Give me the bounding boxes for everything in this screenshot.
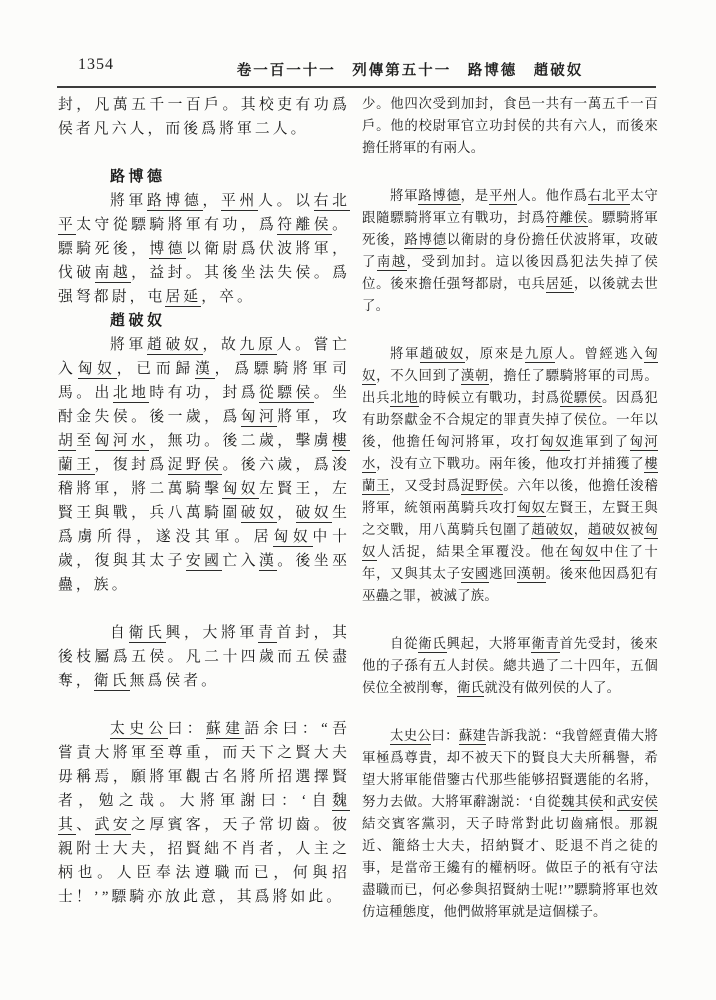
proper-noun-underline: 蘇建 (459, 728, 487, 745)
paragraph: 自從衛氏興起，大將軍衛青首先受封，後來他的子孫有五人封侯。總共過了二十四年，五個… (362, 633, 658, 699)
paragraph: 將軍路博德，平州人。以右北平太守從驃騎將軍有功，爲符離侯。驃騎死後，博德以衛尉爲… (58, 189, 350, 309)
proper-noun-underline: 胡 (58, 433, 76, 451)
paragraph: 封，凡萬五千一百戶。其校吏有功爲侯者凡六人，而後爲將軍二人。 (58, 93, 350, 141)
header-rule (57, 86, 656, 88)
proper-noun-underline: 匈河水 (362, 434, 658, 473)
proper-noun-underline: 太史公 (110, 721, 168, 739)
proper-noun-underline: 衛氏 (94, 673, 130, 691)
proper-noun-underline: 衛氏 (457, 680, 484, 697)
proper-noun-underline: 北地 (390, 390, 418, 407)
proper-noun-underline: 青 (258, 625, 277, 643)
proper-noun-underline: 匈河 (241, 409, 278, 427)
proper-noun-underline: 匈奴 (362, 346, 658, 385)
book-page: 1354 卷一百一十一 列傳第五十一 路博德 趙破奴 封，凡萬五千一百戶。其校吏… (0, 0, 716, 1000)
proper-noun-underline: 從驃侯 (560, 390, 602, 407)
proper-noun-underline: 路博德 (147, 193, 203, 211)
paragraph: 太史公曰：蘇建語余曰：“吾嘗責大將軍至尊重，而天下之賢大夫毋稱焉，願將軍觀古名將… (58, 717, 350, 909)
running-title: 卷一百一十一 列傳第五十一 路博德 趙破奴 (130, 59, 690, 80)
proper-noun-underline: 居延 (165, 289, 201, 307)
proper-noun-underline: 漢朝 (517, 566, 545, 583)
proper-noun-underline: 匈奴 (517, 500, 545, 517)
proper-noun-underline: 符離侯 (277, 217, 332, 235)
proper-noun-underline: 右北平 (588, 188, 630, 205)
paragraph: 太史公曰：蘇建告訴我説：“我曾經責備大將軍極爲尊貴，却不被天下的賢良大夫所稱譽，… (362, 725, 658, 923)
proper-noun-underline: 九原 (240, 337, 277, 355)
proper-noun-underline: 路博德 (404, 232, 446, 249)
proper-noun-underline: 衛氏 (129, 625, 166, 643)
proper-noun-underline: 趙破奴 (588, 522, 630, 539)
proper-noun-underline: 九原 (525, 346, 555, 363)
proper-noun-underline: 匈奴 (222, 481, 259, 499)
proper-noun-underline: 安國 (461, 566, 489, 583)
proper-noun-underline: 武安侯 (617, 794, 658, 811)
proper-noun-underline: 北地 (113, 385, 150, 403)
translation-column: 少。他四次受到加封，食邑一共有一萬五千一百戶。他的校尉軍官立功封侯的共有六人，而… (362, 93, 658, 949)
proper-noun-underline: 蘇建 (206, 721, 244, 739)
section-heading: 趙破奴 (110, 309, 350, 333)
proper-noun-underline: 太史公 (390, 728, 431, 745)
proper-noun-underline: 匈河水 (95, 433, 150, 451)
proper-noun-underline: 匈奴 (273, 529, 312, 547)
proper-noun-underline: 武安 (95, 817, 132, 835)
proper-noun-underline: 破奴 (296, 505, 333, 523)
proper-noun-underline: 漢朝 (461, 368, 489, 385)
proper-noun-underline: 匈奴 (540, 434, 570, 451)
proper-noun-underline: 衛氏 (418, 636, 446, 653)
proper-noun-underline: 趙破奴 (420, 346, 465, 363)
paragraph: 將軍趙破奴，故九原人。嘗亡入匈奴，已而歸漢，爲驃騎將軍司馬。出北地時有功，封爲從… (58, 333, 350, 597)
proper-noun-underline: 南越 (377, 254, 407, 271)
section-heading: 路博德 (110, 165, 350, 189)
paragraph: 自衛氏興，大將軍青首封，其後枝屬爲五侯。凡二十四歲而五侯盡奪，衛氏無爲侯者。 (58, 621, 350, 693)
paragraph: 將軍路博德，是平州人。他作爲右北平太守跟隨驃騎將軍立有戰功，封爲符離侯。驃騎將軍… (362, 185, 658, 317)
proper-noun-underline: 平州 (221, 193, 258, 211)
paragraph: 將軍趙破奴，原來是九原人。曾經逃入匈奴，不久回到了漢朝，擔任了驃騎將軍的司馬。出… (362, 343, 658, 607)
paragraph: 少。他四次受到加封，食邑一共有一萬五千一百戶。他的校尉軍官立功封侯的共有六人，而… (362, 93, 658, 159)
proper-noun-underline: 南越 (95, 265, 132, 283)
proper-noun-underline: 浞野侯 (461, 478, 503, 495)
proper-noun-underline: 樓蘭王 (362, 456, 658, 495)
proper-noun-underline: 趙破奴 (147, 337, 203, 355)
proper-noun-underline: 漢 (195, 361, 215, 379)
proper-noun-underline: 博德 (149, 241, 186, 259)
proper-noun-underline: 趙破奴 (531, 522, 573, 539)
proper-noun-underline: 衛青 (531, 636, 559, 653)
page-number: 1354 (78, 56, 114, 74)
proper-noun-underline: 匈奴 (570, 544, 600, 561)
proper-noun-underline: 漢 (259, 553, 277, 571)
proper-noun-underline: 浞野侯 (168, 457, 223, 475)
proper-noun-underline: 從驃侯 (259, 385, 314, 403)
proper-noun-underline: 匈奴 (78, 361, 117, 379)
proper-noun-underline: 平州 (489, 188, 517, 205)
proper-noun-underline: 安國 (186, 553, 223, 571)
original-column: 封，凡萬五千一百戶。其校吏有功爲侯者凡六人，而後爲將軍二人。路博德將軍路博德，平… (58, 93, 350, 933)
proper-noun-underline: 路博德 (418, 188, 460, 205)
proper-noun-underline: 魏其侯 (561, 794, 603, 811)
proper-noun-underline: 破奴 (241, 505, 278, 523)
proper-noun-underline: 居延 (546, 276, 574, 293)
proper-noun-underline: 符離侯 (546, 210, 588, 227)
